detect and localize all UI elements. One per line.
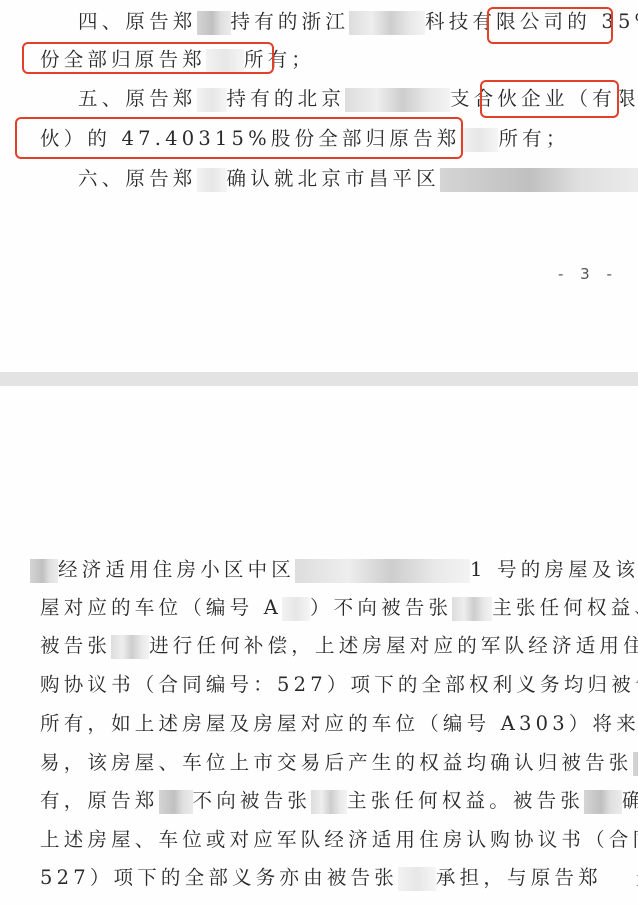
text: 支合伙 xyxy=(450,87,521,110)
redacted-name xyxy=(206,49,244,73)
text: 购协议书（合同编号：527）项下的全部权利义务均归被告张 xyxy=(40,673,638,696)
body-line-6: 易，该房屋、车位上市交易后产生的权益均确认归被告张所 xyxy=(40,750,638,776)
text: 主张任何权益。被告张 xyxy=(347,789,584,812)
text: 有，原告郑 xyxy=(40,789,159,812)
body-line-1: 经济适用住房小区中区1 号的房屋及该房 xyxy=(30,557,638,583)
text: 确认就北京市昌平区 xyxy=(227,167,440,190)
redacted-name xyxy=(197,11,231,35)
text: 被告张 xyxy=(40,634,111,657)
text: 屋对应的车位（编号 A xyxy=(40,596,282,619)
redacted-name xyxy=(197,168,227,192)
body-line-8: 上述房屋、车位或对应军队经济适用住房认购协议书（合同编号： xyxy=(40,827,638,853)
body-line-5: 所有，如上述房屋及房屋对应的车位（编号 A303）将来可上市交 xyxy=(40,711,638,737)
text: 易，该房屋、车位上市交易后产生的权益均确认归被告张 xyxy=(40,751,633,774)
body-line-2: 屋对应的车位（编号 A）不向被告张主张任何权益、无需 xyxy=(40,595,638,621)
redacted-name xyxy=(460,128,498,152)
text: 所有； xyxy=(498,127,569,150)
text: 科技有限 xyxy=(425,10,520,33)
paragraph-line-5-cont: 伙）的 47.40315%股份全部归原告郑所有； xyxy=(40,126,570,152)
redacted-address xyxy=(440,168,638,192)
page-number: - 3 - xyxy=(558,265,618,283)
page-4: 经济适用住房小区中区1 号的房屋及该房 屋对应的车位（编号 A）不向被告张主张任… xyxy=(0,386,638,906)
redacted-company xyxy=(345,88,450,112)
text: 持有的北京 xyxy=(227,87,346,110)
highlighted-text: 企业（有限合 xyxy=(521,87,638,110)
paragraph-line-5: 五、原告郑持有的北京支合伙企业（有限合 xyxy=(78,86,638,112)
redacted-name xyxy=(633,752,638,776)
text: 1 号的房屋及该房 xyxy=(470,558,638,581)
text: 五、原告郑 xyxy=(78,87,197,110)
page-separator xyxy=(0,372,638,386)
redacted-number xyxy=(282,597,310,621)
text: 经济适用住房小区中区 xyxy=(58,558,295,581)
redacted-name xyxy=(398,867,436,891)
redacted-text xyxy=(30,559,58,583)
redacted-name xyxy=(311,790,347,814)
redacted-name xyxy=(197,88,227,112)
redacted-name xyxy=(452,597,492,621)
text: 确认 xyxy=(622,789,638,812)
text: ）不向被告张 xyxy=(310,596,452,619)
text: 持有的浙江 xyxy=(231,10,350,33)
text: 伙）的 47.40315%股份全部归原告郑 xyxy=(40,127,460,150)
redacted-name xyxy=(584,790,622,814)
text: 四、原告郑 xyxy=(78,10,197,33)
redacted-address xyxy=(295,559,470,583)
paragraph-line-4-cont: 份全部归原告郑所有； xyxy=(40,47,315,73)
text: 所有，如上述房屋及房屋对应的车位（编号 A303）将来可上市交 xyxy=(40,712,638,735)
text: 承担，与原告郑 xyxy=(436,866,602,889)
highlighted-text: 公司的 35%股 xyxy=(520,10,638,33)
paragraph-line-6: 六、原告郑确认就北京市昌平区 xyxy=(78,166,638,192)
body-line-9: 527）项下的全部义务亦由被告张承担，与原告郑无关； xyxy=(40,865,638,891)
text: 六、原告郑 xyxy=(78,167,197,190)
text: 主张任何权益、无需 xyxy=(492,596,638,619)
paragraph-line-4: 四、原告郑持有的浙江科技有限公司的 35%股 xyxy=(78,9,638,35)
body-line-3: 被告张进行任何补偿，上述房屋对应的军队经济适用住房认 xyxy=(40,633,638,659)
text: 上述房屋、车位或对应军队经济适用住房认购协议书（合同编号： xyxy=(40,828,638,851)
document-viewer[interactable]: 四、原告郑持有的浙江科技有限公司的 35%股 份全部归原告郑所有； 五、原告郑持… xyxy=(0,0,638,906)
text: 所有； xyxy=(244,48,315,71)
redacted-name xyxy=(111,635,149,659)
redacted-name xyxy=(159,790,193,814)
text: 份全部归原告郑 xyxy=(40,48,206,71)
redacted-company xyxy=(349,11,425,35)
page-3: 四、原告郑持有的浙江科技有限公司的 35%股 份全部归原告郑所有； 五、原告郑持… xyxy=(0,0,638,372)
body-line-4: 购协议书（合同编号：527）项下的全部权利义务均归被告张 xyxy=(40,672,638,698)
body-line-7: 有，原告郑不向被告张主张任何权益。被告张确认 xyxy=(40,788,638,814)
text: 进行任何补偿，上述房屋对应的军队经济适用住房认 xyxy=(149,634,638,657)
text: 527）项下的全部义务亦由被告张 xyxy=(40,866,398,889)
text: 不向被告张 xyxy=(193,789,312,812)
